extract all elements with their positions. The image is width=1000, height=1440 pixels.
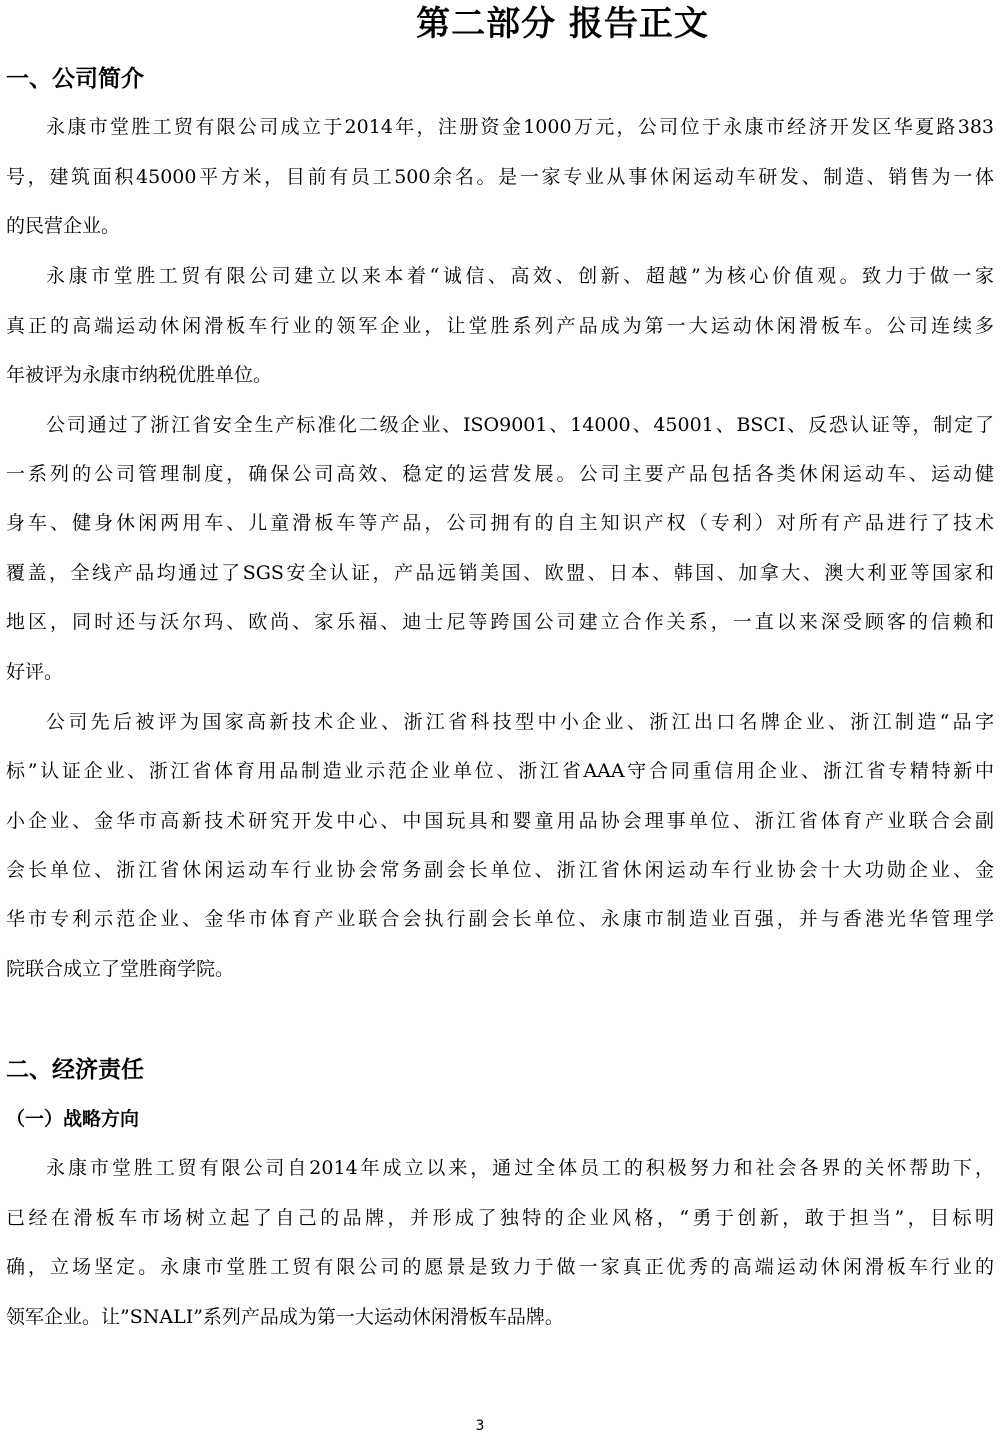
text-line: 已经在滑板车市场树立起了自己的品牌，并形成了独特的企业风格，“勇于创新，敢于担当… bbox=[6, 1205, 994, 1231]
text-line: 标”认证企业、浙江省体育用品制造业示范企业单位、浙江省AAA守合同重信用企业、浙… bbox=[6, 758, 994, 784]
text-line: 好评。 bbox=[6, 659, 994, 685]
page-number: 3 bbox=[0, 1417, 960, 1435]
text-line: 号，建筑面积45000平方米，目前有员工500余名。是一家专业从事休闲运动车研发… bbox=[6, 164, 994, 190]
section-heading-economic-responsibility: 二、经济责任 bbox=[6, 1055, 144, 1085]
text-line: 覆盖，全线产品均通过了SGS安全认证，产品远销美国、欧盟、日本、韩国、加拿大、澳… bbox=[6, 560, 994, 586]
text-line: 公司通过了浙江省安全生产标准化二级企业、ISO9001、14000、45001、… bbox=[46, 412, 994, 438]
section-heading-company-profile: 一、公司简介 bbox=[6, 64, 144, 94]
subsection-heading-strategic-direction: （一）战略方向 bbox=[6, 1106, 139, 1132]
text-line: 一系列的公司管理制度，确保公司高效、稳定的运营发展。公司主要产品包括各类休闲运动… bbox=[6, 461, 994, 487]
page-title: 第二部分 报告正文 bbox=[0, 2, 1000, 46]
text-line: 小企业、金华市高新技术研究开发中心、中国玩具和婴童用品协会理事单位、浙江省体育产… bbox=[6, 808, 994, 834]
text-line: 地区，同时还与沃尔玛、欧尚、家乐福、迪士尼等跨国公司建立合作关系，一直以来深受顾… bbox=[6, 609, 994, 635]
text-line: 永康市堂胜工贸有限公司成立于2014年，注册资金1000万元，公司位于永康市经济… bbox=[46, 114, 994, 140]
text-line: 永康市堂胜工贸有限公司自2014年成立以来，通过全体员工的积极努力和社会各界的关… bbox=[46, 1155, 994, 1181]
text-line: 公司先后被评为国家高新技术企业、浙江省科技型中小企业、浙江出口名牌企业、浙江制造… bbox=[46, 709, 994, 735]
text-line: 院联合成立了堂胜商学院。 bbox=[6, 956, 994, 982]
text-line: 华市专利示范企业、金华市体育产业联合会执行副会长单位、永康市制造业百强，并与香港… bbox=[6, 906, 994, 932]
text-line: 年被评为永康市纳税优胜单位。 bbox=[6, 362, 994, 388]
text-line: 确，立场坚定。永康市堂胜工贸有限公司的愿景是致力于做一家真正优秀的高端运动休闲滑… bbox=[6, 1254, 994, 1280]
text-line: 领军企业。让”SNALI”系列产品成为第一大运动休闲滑板车品牌。 bbox=[6, 1304, 994, 1330]
text-line: 会长单位、浙江省休闲运动车行业协会常务副会长单位、浙江省休闲运动车行业协会十大功… bbox=[6, 857, 994, 883]
text-line: 的民营企业。 bbox=[6, 213, 994, 239]
text-line: 真正的高端运动休闲滑板车行业的领军企业，让堂胜系列产品成为第一大运动休闲滑板车。… bbox=[6, 313, 994, 339]
text-line: 永康市堂胜工贸有限公司建立以来本着“诚信、高效、创新、超越”为核心价值观。致力于… bbox=[46, 263, 994, 289]
text-line: 身车、健身休闲两用车、儿童滑板车等产品，公司拥有的自主知识产权（专利）对所有产品… bbox=[6, 510, 994, 536]
